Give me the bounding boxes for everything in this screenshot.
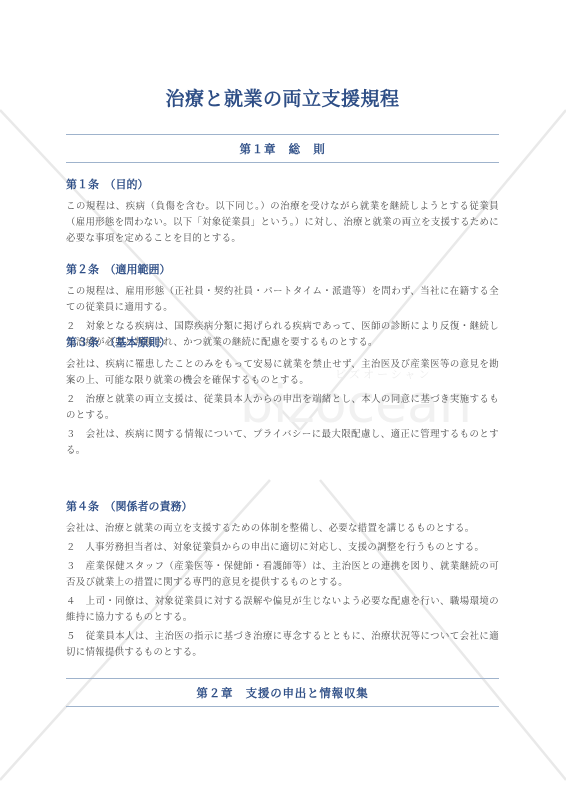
article-paragraph: この規程は、雇用形態（正社員・契約社員・パートタイム・派遣等）を問わず、当社に在… bbox=[66, 284, 499, 316]
article-heading: 第２条 （適用範囲） bbox=[66, 262, 499, 278]
article-paragraph: 会社は、治療と就業の両立を支援するための体制を整備し、必要な措置を講じるものとす… bbox=[66, 521, 499, 537]
article-heading: 第３条 （基本原則） bbox=[66, 335, 499, 351]
article-paragraph: ２ 人事労務担当者は、対象従業員からの申出に適切に対応し、支援の調整を行うものと… bbox=[66, 540, 499, 556]
article-paragraph: ３ 会社は、疾病に関する情報について、プライバシーに最大限配慮し、適正に管理する… bbox=[66, 427, 499, 459]
article-3: 第３条 （基本原則） 会社は、疾病に罹患したことのみをもって安易に就業を禁止せず… bbox=[66, 335, 499, 462]
article-paragraph: この規程は、疾病（負傷を含む。以下同じ。）の治療を受けながら就業を継続しようとす… bbox=[66, 199, 499, 247]
article-paragraph: ３ 産業保健スタッフ（産業医等・保健師・看護師等）は、主治医との連携を図り、就業… bbox=[66, 559, 499, 591]
article-paragraph: ２ 治療と就業の両立支援は、従業員本人からの申出を端緒とし、本人の同意に基づき実… bbox=[66, 392, 499, 424]
article-paragraph: ４ 上司・同僚は、対象従業員に対する誤解や偏見が生じないよう必要な配慮を行い、職… bbox=[66, 594, 499, 626]
article-paragraph: ５ 従業員本人は、主治医の指示に基づき治療に専念するとともに、治療状況等について… bbox=[66, 629, 499, 661]
chapter-heading-2: 第２章 支援の申出と情報収集 bbox=[66, 678, 499, 707]
article-heading: 第１条 （目的） bbox=[66, 177, 499, 193]
article-heading: 第４条 （関係者の責務） bbox=[66, 499, 499, 515]
article-4: 第４条 （関係者の責務） 会社は、治療と就業の両立を支援するための体制を整備し、… bbox=[66, 499, 499, 664]
document-title: 治療と就業の両立支援規程 bbox=[66, 84, 499, 111]
article-paragraph: 会社は、疾病に罹患したことのみをもって安易に就業を禁止せず、主治医及び産業医等の… bbox=[66, 357, 499, 389]
chapter-heading-1: 第１章 総 則 bbox=[66, 134, 499, 163]
article-1: 第１条 （目的） この規程は、疾病（負傷を含む。以下同じ。）の治療を受けながら就… bbox=[66, 177, 499, 250]
